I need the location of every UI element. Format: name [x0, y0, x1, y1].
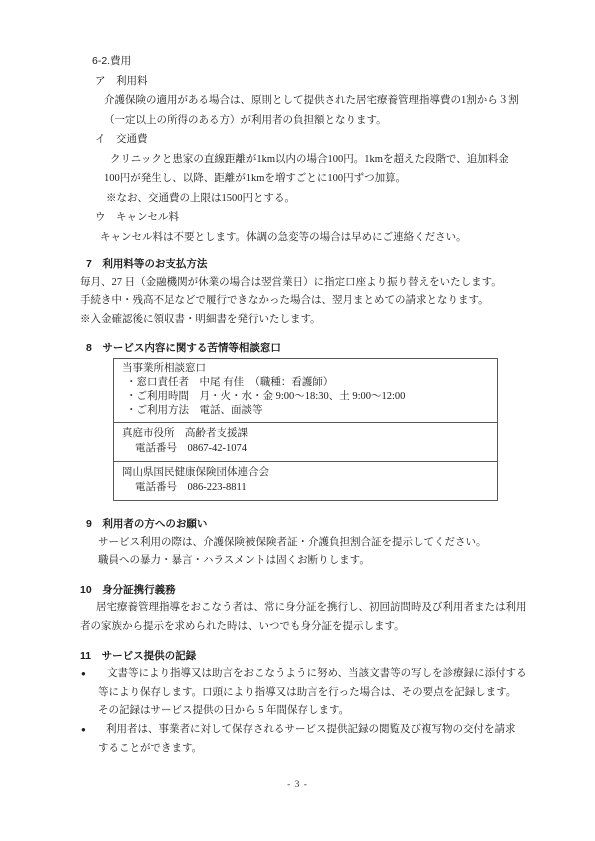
section-payment: 7 利用料等のお支払方法 毎月、27 日（金融機関が休業の場合は翌営業日）に指定… — [80, 255, 516, 329]
page-number: - 3 - — [0, 780, 595, 790]
contact-federation-phone: 電話番号 086-223-8811 — [135, 480, 489, 496]
request-line-2: 職員への暴力・暴言・ハラスメントは固くお断りします。 — [98, 552, 516, 571]
section-fees: 6-2.費用 ア 利用料 介護保険の適用がある場合は、原則として提供された居宅療… — [80, 52, 516, 247]
record-2-line-1: 利用者は、事業者に対して保存されるサービス提供記録の閲覧及び複写物の交付を請求 — [98, 721, 516, 740]
contact-federation-name: 岡山県国民健康保険団体連合会 — [122, 465, 489, 481]
section-heading-records: 11 サービス提供の記録 — [80, 647, 516, 666]
contact-row-federation: 岡山県国民健康保険団体連合会 電話番号 086-223-8811 — [114, 461, 497, 500]
fee-usage-line-1: 介護保険の適用がある場合は、原則として提供された居宅療養管理指導費の1割から３割 — [104, 91, 516, 111]
section-records: 11 サービス提供の記録 ● 文書等により指導又は助言をおこなうように努め、当該… — [80, 647, 516, 759]
contact-office-person: ・窓口責任者 中尾 有佳 （職種：看護師） — [126, 376, 489, 390]
document-page: 6-2.費用 ア 利用料 介護保険の適用がある場合は、原則として提供された居宅療… — [0, 0, 595, 841]
contact-office-title: 当事業所相談窓口 — [122, 362, 489, 376]
bullet-icon: ● — [81, 665, 86, 684]
section-heading-fees: 6-2.費用 — [92, 52, 516, 72]
fee-usage-line-2: （一定以上の所得のある方）が利用者の負担額となります。 — [104, 111, 516, 131]
contact-office-hours: ・ご利用時間 月・火・水・金 9:00～18:30、土 9:00～12:00 — [126, 390, 489, 404]
idcard-line-1: 居宅療養管理指導をおこなう者は、常に身分証を携行し、初回訪問時及び利用者または利… — [80, 599, 516, 618]
fee-transport-note: ※なお、交通費の上限は1500円とする。 — [106, 189, 516, 209]
fee-transport-line-1: クリニックと患家の直線距離が1km以内の場合100円。1kmを超えた段階で、追加… — [104, 150, 516, 170]
section-heading-payment: 7 利用料等のお支払方法 — [86, 255, 516, 274]
fee-item-label-a: ア 利用料 — [95, 72, 516, 92]
section-idcard: 10 身分証携行義務 居宅療養管理指導をおこなう者は、常に身分証を携行し、初回訪… — [80, 581, 516, 637]
section-heading-idcard: 10 身分証携行義務 — [80, 581, 516, 600]
complaint-contact-table: 当事業所相談窓口 ・窓口責任者 中尾 有佳 （職種：看護師） ・ご利用時間 月・… — [113, 358, 498, 501]
section-complaints: 8 サービス内容に関する苦情等相談窓口 当事業所相談窓口 ・窓口責任者 中尾 有… — [80, 339, 516, 501]
section-requests: 9 利用者の方へのお願い サービス利用の際は、介護保険被保険者証・介護負担割合証… — [80, 515, 516, 571]
bullet-icon: ● — [81, 721, 86, 740]
contact-row-city: 真庭市役所 高齢者支援課 電話番号 0867-42-1074 — [114, 422, 497, 461]
fee-item-label-b: イ 交通費 — [95, 130, 516, 150]
section-heading-requests: 9 利用者の方へのお願い — [86, 515, 516, 534]
record-1-line-2: 等により保存します。口頭により指導又は助言を行った場合は、その要点を記録します。 — [98, 684, 516, 703]
record-bullet-item-2: ● 利用者は、事業者に対して保存されるサービス提供記録の閲覧及び複写物の交付を請… — [80, 721, 516, 758]
record-bullet-item-1: ● 文書等により指導又は助言をおこなうように努め、当該文書等の写しを診療録に添付… — [80, 665, 516, 721]
record-1-line-3: その記録はサービス提供の日から 5 年間保存します。 — [98, 702, 516, 721]
fee-cancel-line: キャンセル料は不要とします。体調の急変等の場合は早めにご連絡ください。 — [100, 228, 516, 248]
fee-item-label-c: ウ キャンセル料 — [95, 208, 516, 228]
contact-city-name: 真庭市役所 高齢者支援課 — [122, 426, 489, 442]
record-1-line-1: 文書等により指導又は助言をおこなうように努め、当該文書等の写しを診療録に添付する — [98, 665, 516, 684]
fee-transport-line-2: 100円が発生し、以降、距離が1kmを増すごとに100円ずつ加算。 — [104, 169, 516, 189]
payment-line-1: 毎月、27 日（金融機関が休業の場合は翌営業日）に指定口座より振り替えをいたしま… — [80, 274, 516, 293]
payment-line-3: ※入金確認後に領収書・明細書を発行いたします。 — [80, 311, 516, 330]
section-heading-complaints: 8 サービス内容に関する苦情等相談窓口 — [86, 339, 516, 358]
idcard-line-2: 者の家族から提示を求められた時は、いつでも身分証を提示します。 — [80, 618, 516, 637]
contact-city-phone: 電話番号 0867-42-1074 — [135, 441, 489, 457]
payment-line-2: 手続き中・残高不足などで履行できなかった場合は、翌月まとめての請求となります。 — [80, 292, 516, 311]
request-line-1: サービス利用の際は、介護保険被保険者証・介護負担割合証を提示してください。 — [98, 534, 516, 553]
record-2-line-2: することができます。 — [98, 740, 516, 759]
contact-office-method: ・ご利用方法 電話、面談等 — [126, 404, 489, 418]
contact-row-office: 当事業所相談窓口 ・窓口責任者 中尾 有佳 （職種：看護師） ・ご利用時間 月・… — [114, 359, 497, 422]
page-content: 6-2.費用 ア 利用料 介護保険の適用がある場合は、原則として提供された居宅療… — [80, 52, 516, 758]
